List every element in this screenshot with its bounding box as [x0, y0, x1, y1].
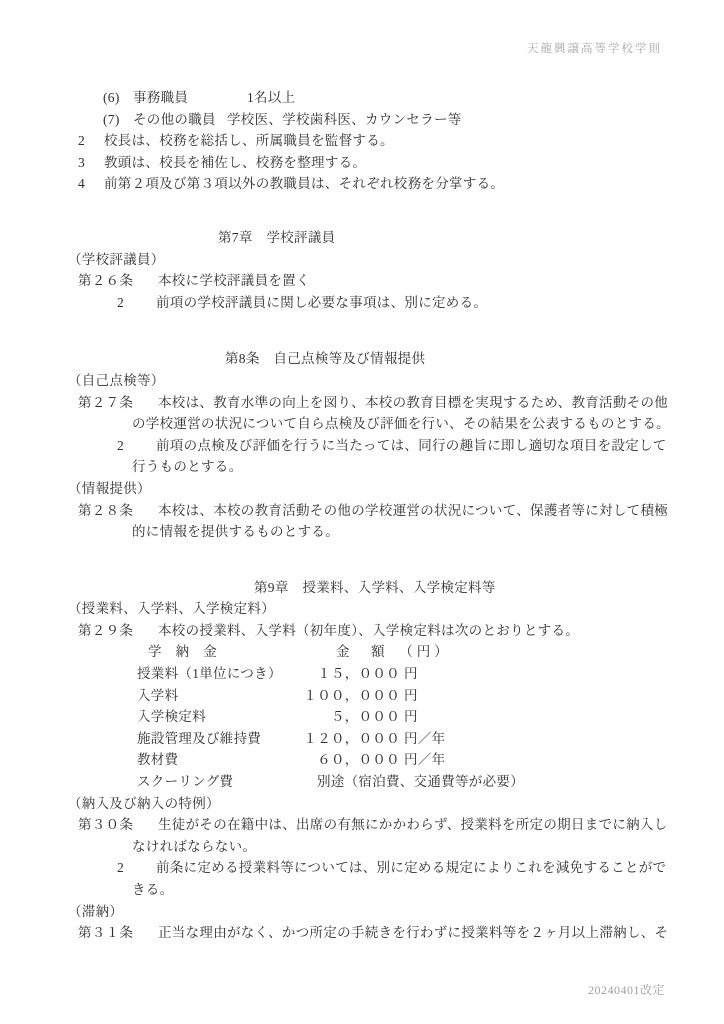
- fee-amount: １２０，０００: [297, 728, 400, 750]
- article26-line: 第２６条 本校に学校評議員を置く: [68, 270, 716, 292]
- fee-name: スクーリング費: [137, 771, 297, 793]
- caption-payment: （納入及び納入の特例）: [68, 793, 716, 815]
- clause-item-7-title: その他の職員: [133, 109, 227, 131]
- article29-line: 第２９条 本校の授業料、入学料（初年度）、入学検定料は次のとおりとする。: [68, 620, 716, 642]
- article31-text: 正当な理由がなく、かつ所定の手続きを行わずに授業料等を２ヶ月以上滞納し、そ: [158, 922, 668, 944]
- article31-number: 第３１条: [78, 922, 158, 944]
- article30-text-line2: なければならない。: [68, 836, 716, 858]
- doc-footer-revision: 20240401改定: [588, 981, 665, 998]
- fee-unit: 円: [404, 728, 418, 750]
- article27-para2-text-line1: 前項の点検及び評価を行うに当たっては、同行の趣旨に即し適切な項目を設定して: [156, 435, 667, 457]
- fee-value: ５，０００ 円: [297, 706, 418, 728]
- clause-item-7: (7) その他の職員 学校医、学校歯科医、カウンセラー等: [68, 109, 716, 131]
- fee-value: ６０，０００ 円 ／年: [297, 749, 445, 771]
- article26-number: 第２６条: [78, 270, 158, 292]
- doc-body: (6) 事務職員 1名以上 (7) その他の職員 学校医、学校歯科医、カウンセラ…: [68, 87, 716, 944]
- doc-header-title: 天龍興譲高等学校学則: [527, 40, 662, 56]
- article28-text-line2: 的に情報を提供するものとする。: [68, 521, 716, 543]
- fee-value: １００，０００ 円: [297, 685, 418, 707]
- article30-number: 第３０条: [78, 814, 158, 836]
- chapter7-heading: 第7章 学校評議員: [68, 227, 716, 249]
- fee-amount: ６０，０００: [297, 749, 400, 771]
- article29-text: 本校の授業料、入学料（初年度）、入学検定料は次のとおりとする。: [158, 620, 579, 642]
- fee-suffix: ／年: [418, 728, 446, 750]
- chapter8-heading: 第8条 自己点検等及び情報提供: [68, 348, 716, 370]
- paragraph-3: 3 教頭は、校長を補佐し、校務を整理する。: [68, 152, 716, 174]
- article27-text-line1: 本校は、教育水準の向上を図り、本校の教育目標を実現するため、教育活動その他: [158, 392, 668, 414]
- article28-number: 第２８条: [78, 500, 158, 522]
- clause-item-7-value: 学校医、学校歯科医、カウンセラー等: [227, 109, 462, 131]
- paragraph-4: 4 前第２項及び第３項以外の教職員は、それぞれ校務を分掌する。: [68, 173, 716, 195]
- article28-text-line1: 本校は、本校の教育活動その他の学校運営の状況について、保護者等に対して積極: [158, 500, 668, 522]
- article27-para2-number: 2: [117, 435, 156, 457]
- caption-info-provision: （情報提供）: [68, 478, 716, 500]
- article27-line1: 第２７条 本校は、教育水準の向上を図り、本校の教育目標を実現するため、教育活動そ…: [68, 392, 716, 414]
- chapter9-heading: 第9章 授業料、入学料、入学検定料等: [68, 577, 716, 599]
- paragraph-2-text: 校長は、校務を総括し、所属職員を監督する。: [104, 130, 394, 152]
- article30-line1: 第３０条 生徒がその在籍中は、出席の有無にかかわらず、授業料を所定の期日までに納…: [68, 814, 716, 836]
- fee-name: 入学料: [137, 685, 297, 707]
- fee-value: １２０，０００ 円 ／年: [297, 728, 445, 750]
- article30-para2-line1: 2 前条に定める授業料等については、別に定める規定によりこれを減免することがで: [68, 857, 716, 879]
- caption-school-councilors: （学校評議員）: [68, 249, 716, 271]
- clause-item-6: (6) 事務職員 1名以上: [68, 87, 716, 109]
- fee-suffix: ／年: [418, 749, 446, 771]
- fee-table-row: 教材費 ６０，０００ 円 ／年: [68, 749, 716, 771]
- section-gap: [68, 543, 716, 577]
- fee-unit: 円: [404, 663, 418, 685]
- fee-unit: 円: [404, 749, 418, 771]
- fee-name: 施設管理及び維持費: [137, 728, 297, 750]
- fee-table-row: 入学検定料 ５，０００ 円: [68, 706, 716, 728]
- fee-name: 教材費: [137, 749, 297, 771]
- article27-text-line2: の学校運営の状況について自ら点検及び評価を行い、その結果を公表するものとする。: [68, 413, 716, 435]
- fee-name: 授業料（1単位につき）: [137, 663, 297, 685]
- paragraph-4-number: 4: [78, 173, 104, 195]
- section-gap: [68, 313, 716, 348]
- article27-para2-line1: 2 前項の点検及び評価を行うに当たっては、同行の趣旨に即し適切な項目を設定して: [68, 435, 716, 457]
- fee-table-note-row: スクーリング費 別途（宿泊費、交通費等が必要）: [68, 771, 716, 793]
- clause-item-6-value: 1名以上: [247, 87, 295, 109]
- fee-unit: 円: [404, 685, 418, 707]
- article30-para2-text-line2: きる。: [68, 879, 716, 901]
- article27-number: 第２７条: [78, 392, 158, 414]
- paragraph-3-number: 3: [78, 152, 104, 174]
- article26-para2-number: 2: [117, 292, 156, 314]
- clause-item-6-title: 事務職員: [133, 87, 247, 109]
- article26-para2-line: 2 前項の学校評議員に関し必要な事項は、別に定める。: [68, 292, 716, 314]
- fee-amount: １００，０００: [297, 685, 400, 707]
- paragraph-2: 2 校長は、校務を総括し、所属職員を監督する。: [68, 130, 716, 152]
- section-gap: [68, 195, 716, 227]
- caption-arrears: （滞納）: [68, 901, 716, 923]
- article26-text: 本校に学校評議員を置く: [158, 270, 310, 292]
- paragraph-4-text: 前第２項及び第３項以外の教職員は、それぞれ校務を分掌する。: [104, 173, 504, 195]
- paragraph-2-number: 2: [78, 130, 104, 152]
- fee-table-row: 授業料（1単位につき） １５，０００ 円: [68, 663, 716, 685]
- fee-amount: ５，０００: [297, 706, 400, 728]
- fee-table-col1-header: 学 納 金: [137, 641, 308, 663]
- article30-para2-number: 2: [117, 857, 156, 879]
- article30-text-line1: 生徒がその在籍中は、出席の有無にかかわらず、授業料を所定の期日までに納入し: [158, 814, 668, 836]
- caption-fees: （授業料、入学料、入学検定料）: [68, 598, 716, 620]
- article28-line1: 第２８条 本校は、本校の教育活動その他の学校運営の状況について、保護者等に対して…: [68, 500, 716, 522]
- article26-para2-text: 前項の学校評議員に関し必要な事項は、別に定める。: [156, 292, 487, 314]
- article31-line: 第３１条 正当な理由がなく、かつ所定の手続きを行わずに授業料等を２ヶ月以上滞納し…: [68, 922, 716, 944]
- fee-value: １５，０００ 円: [297, 663, 418, 685]
- fee-table-row: 施設管理及び維持費 １２０，０００ 円 ／年: [68, 728, 716, 750]
- article30-para2-text-line1: 前条に定める授業料等については、別に定める規定によりこれを減免することがで: [156, 857, 666, 879]
- fee-name: 入学検定料: [137, 706, 297, 728]
- paragraph-3-text: 教頭は、校長を補佐し、校務を整理する。: [104, 152, 366, 174]
- fee-amount: １５，０００: [297, 663, 400, 685]
- clause-item-7-number: (7): [103, 109, 133, 131]
- clause-item-6-number: (6): [103, 87, 133, 109]
- article29-number: 第２９条: [78, 620, 158, 642]
- fee-table-row: 入学料 １００，０００ 円: [68, 685, 716, 707]
- fee-note: 別途（宿泊費、交通費等が必要）: [297, 771, 524, 793]
- fee-table-header-row: 学 納 金 金 額 （円）: [68, 641, 716, 663]
- regulation-page: 天龍興譲高等学校学則 (6) 事務職員 1名以上 (7) その他の職員 学校医、…: [0, 0, 724, 1024]
- caption-self-check: （自己点検等）: [68, 370, 716, 392]
- fee-unit: 円: [404, 706, 418, 728]
- fee-table-col2-header: 金 額 （円）: [308, 641, 452, 663]
- article27-para2-text-line2: 行うものとする。: [68, 456, 716, 478]
